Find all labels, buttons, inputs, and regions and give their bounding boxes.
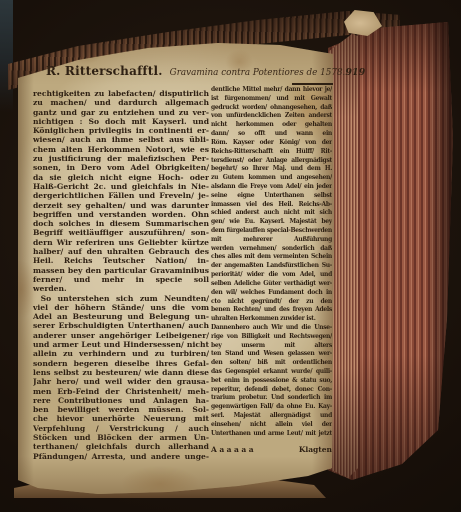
text-line: dentliche Mittel mehr/ dann hievor je/: [211, 86, 332, 95]
text-line: nicht herkommen oder gehalten worden/: [211, 121, 332, 130]
page-number-underline: [292, 83, 333, 85]
text-line: rechtigkeiten zu labefacten/ disputirlic…: [33, 89, 209, 98]
text-line: wiesen/ auch an ihme selbst aus übli-: [33, 135, 209, 144]
text-line: Heil. Reichs Teutscher Nation/ in-: [33, 256, 209, 265]
page-number: 919: [345, 67, 365, 78]
text-line: sondern begeren dieselbe ihres Gefal-: [33, 359, 209, 368]
text-line: das Gegenspiel erkannt wurde/ quili-: [211, 368, 332, 377]
text-line: benen Rechten/ und des freyen Adels: [211, 306, 332, 315]
text-line: anderer unser angehöriger Leibeigener/: [33, 331, 209, 340]
text-line: men Erb-Feind der Christenheit/ meh-: [33, 387, 209, 396]
text-line: Dannenhero auch Wir und die Unse-: [211, 324, 332, 333]
text-line: trarium probetur. Und sonderlich im: [211, 394, 332, 403]
text-line: einsehen/ nicht allein viel der Rittersc…: [211, 421, 332, 430]
text-line: che hievor unerhörte Neuerung mit: [33, 414, 209, 423]
signature-mark: Aaaaaa: [211, 445, 256, 454]
book-scan: R. Ritterschafftl. Gravamina contra Pote…: [0, 0, 461, 512]
text-line: inmassen viel des Heil. Reichs-Ab-: [211, 201, 332, 210]
text-line: gen/ wie Eu. Kayserl. Majestät bey: [211, 218, 332, 227]
text-line: bet enim in possessione & statu suo, quo: [211, 377, 332, 386]
text-line: lens selbst zu besteuren/ wie dann diese: [33, 368, 209, 377]
text-line: nichtigen : So doch mit Kayserl. und: [33, 117, 209, 126]
text-line: massen bey den particular Gravaminibus: [33, 266, 209, 275]
text-line: dann/ so offt und wann ein Regierender: [211, 130, 332, 139]
text-line: da sie gleich nicht eigne Hoch- oder: [33, 173, 209, 182]
text-line: Verpfehlung / Verstrickung / auch: [33, 424, 209, 433]
text-line: Röm. Kayser oder König/ von der freyen: [211, 139, 332, 148]
header-subtitle: Gravamina contra Potentiores de 1578.: [170, 68, 346, 78]
text-line: gedruckt worden/ ohnangesehen, daß es: [211, 104, 332, 113]
text-line: begriffen und verstanden worden. Ohn: [33, 210, 209, 219]
text-line: periorität/ wider die vom Adel, und der-: [211, 271, 332, 280]
text-line: serl. Majestät allergnädigst und zeitlic…: [211, 412, 332, 421]
text-line: und armer Leut und Hindersessen/ nicht: [33, 340, 209, 349]
text-column-right: dentliche Mittel mehr/ dann hievor je/is…: [211, 86, 332, 439]
text-line: dern Wir referiren uns Geliebter kürtze: [33, 238, 209, 247]
text-line: Adel an Besteurung und Belegung un-: [33, 312, 209, 321]
text-line: sonen, in Dero vom Adel Obrigkeiten/: [33, 163, 209, 172]
text-line: mit mehrerer Außführung allergnädigst: [211, 236, 332, 245]
text-line: schied anderst auch nicht mit sich brin-: [211, 209, 332, 218]
text-line: den wil/ welches Fundament doch in fa-: [211, 289, 332, 298]
text-line: Stöcken und Blöcken der armen Un-: [33, 433, 209, 442]
text-line: Halß-Gericht 2c. und gleichfals in Nie-: [33, 182, 209, 191]
text-line: Königlichen privilegiis in continenti er…: [33, 126, 209, 135]
text-line: reperitur, defendi debet, donec Con-: [211, 386, 332, 395]
text-line: gegenwärtigen Fall/ da ohne Eu. Kay-: [211, 403, 332, 412]
text-line: alsdann die Freye vom Adel/ ein jeder: [211, 183, 332, 192]
text-line: derzeit sey gehalten/ und was darunter: [33, 201, 209, 210]
text-line: werden.: [33, 284, 209, 293]
text-line: So unterstehen sich zum Neundten/: [33, 294, 209, 303]
text-column-left: rechtigkeiten zu labefacten/ disputirlic…: [33, 89, 209, 461]
text-line: zu machen/ und dardurch allgemach: [33, 98, 209, 107]
printed-content: R. Ritterschafftl. Gravamina contra Pote…: [0, 0, 461, 512]
page-footer: Aaaaaa Klagten: [211, 445, 332, 454]
text-line: zu Gutem kommen und angesehen/ daß: [211, 174, 332, 183]
text-line: begehrt/ so Ihrer Maj. und dem H. Reich: [211, 165, 332, 174]
text-line: Pfändungen/ Arresta, und andere unge-: [33, 452, 209, 461]
running-header: R. Ritterschafftl. Gravamina contra Pote…: [46, 64, 334, 82]
text-line: rere Contributiones und Anlagen ha-: [33, 396, 209, 405]
text-line: den solten/ biß mit ordentlichen Rechten: [211, 359, 332, 368]
text-line: zu justificirung der malefizischen Per-: [33, 154, 209, 163]
text-line: ist fürgenommen/ und mit Gewalt durch-: [211, 95, 332, 104]
text-line: von unfürdencklichen Zeiten anderst: [211, 112, 332, 121]
text-line: Reichs-Ritterschafft ein Hülff/ Rit-: [211, 148, 332, 157]
text-line: terthanen/ gleichfals durch allerhand: [33, 442, 209, 451]
text-line: gantz und gar zu entziehen und zu ver-: [33, 108, 209, 117]
text-line: cto nicht gegründt/ der zu den beschrie-: [211, 298, 332, 307]
text-line: Jahr hero/ und weil wider den grausa-: [33, 377, 209, 386]
text-line: dem fürgelauffen special-Beschwerden: [211, 227, 332, 236]
text-line: halber/ auf den uhralten Gebrauch des: [33, 247, 209, 256]
text-line: ben bewilliget werden müssen. Sol-: [33, 405, 209, 414]
text-line: serer Erbschuldigten Unterthanen/ auch: [33, 321, 209, 330]
text-line: viel der höhern Stände/ uns die vom: [33, 303, 209, 312]
text-line: Unterthanen und arme Leut/ mit jetzt ge-: [211, 430, 332, 439]
text-line: bey unserm mit alters wohlhergebrach-: [211, 342, 332, 351]
text-line: ten Stand und Wesen gelassen wer-: [211, 350, 332, 359]
text-line: ferner/ und mehr in specie soll ausgefüh…: [33, 275, 209, 284]
text-line: werden vernehmen/ sonderlich daß sol-: [211, 245, 332, 254]
text-line: Begriff weitläuffiger auszuführen/ son-: [33, 228, 209, 237]
text-line: der angemaßten Landsfürstlichen Su-: [211, 262, 332, 271]
text-line: chem alten Herkommen Notori, wie es: [33, 145, 209, 154]
text-line: uhralten Herkommen zuwider ist.: [211, 315, 332, 324]
text-line: tersdienst/ oder Anlage allergnädigst: [211, 157, 332, 166]
catchword: Klagten: [299, 445, 332, 454]
text-line: seine eigne Unterthanen selbst besteurt/: [211, 192, 332, 201]
text-line: selben Adeliche Güter verthädigt wer-: [211, 280, 332, 289]
text-line: dergerichtlichen Fällen und Freveln/ je-: [33, 191, 209, 200]
text-line: rige von Billigkeit und Rechtswegen/: [211, 333, 332, 342]
text-line: doch solches in diesem Summarischen: [33, 219, 209, 228]
text-line: ches alles mit dem vermeinten Schein: [211, 253, 332, 262]
header-title: R. Ritterschafftl.: [46, 64, 163, 78]
text-line: allein zu verhindern und zu turbiren/: [33, 349, 209, 358]
